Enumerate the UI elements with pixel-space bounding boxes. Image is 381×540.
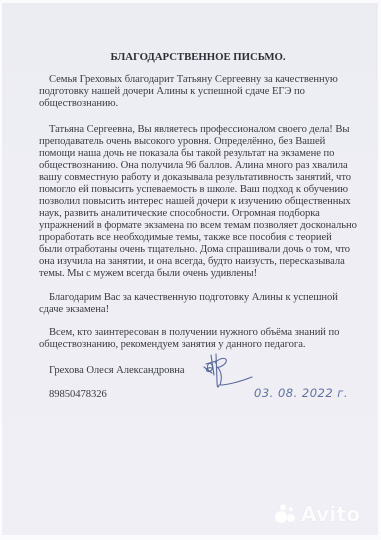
- avito-brand-text: Avito: [301, 502, 360, 526]
- letter-title: БЛАГОДАРСТВЕННОЕ ПИСЬМО.: [39, 51, 357, 63]
- avito-logo-icon: [274, 503, 298, 525]
- signer-name: Грехова Олеся Александровна: [49, 365, 185, 377]
- letter-page: БЛАГОДАРСТВЕННОЕ ПИСЬМО. Семья Греховых …: [2, 3, 378, 535]
- signer-phone: 89850478326: [49, 389, 107, 401]
- paragraph-main: Татьяна Сергеевна, Вы являетесь професси…: [39, 124, 357, 280]
- paragraph-thanks: Благодарим Вас за качественную подготовк…: [39, 292, 357, 316]
- paragraph-recommendation: Всем, кто заинтересован в получении нужн…: [39, 327, 357, 351]
- avito-watermark: Avito: [274, 501, 360, 527]
- paragraph-intro: Семья Греховых благодарит Татьяну Сергее…: [39, 74, 357, 110]
- handwritten-date: 03. 08. 2022 г.: [254, 386, 348, 400]
